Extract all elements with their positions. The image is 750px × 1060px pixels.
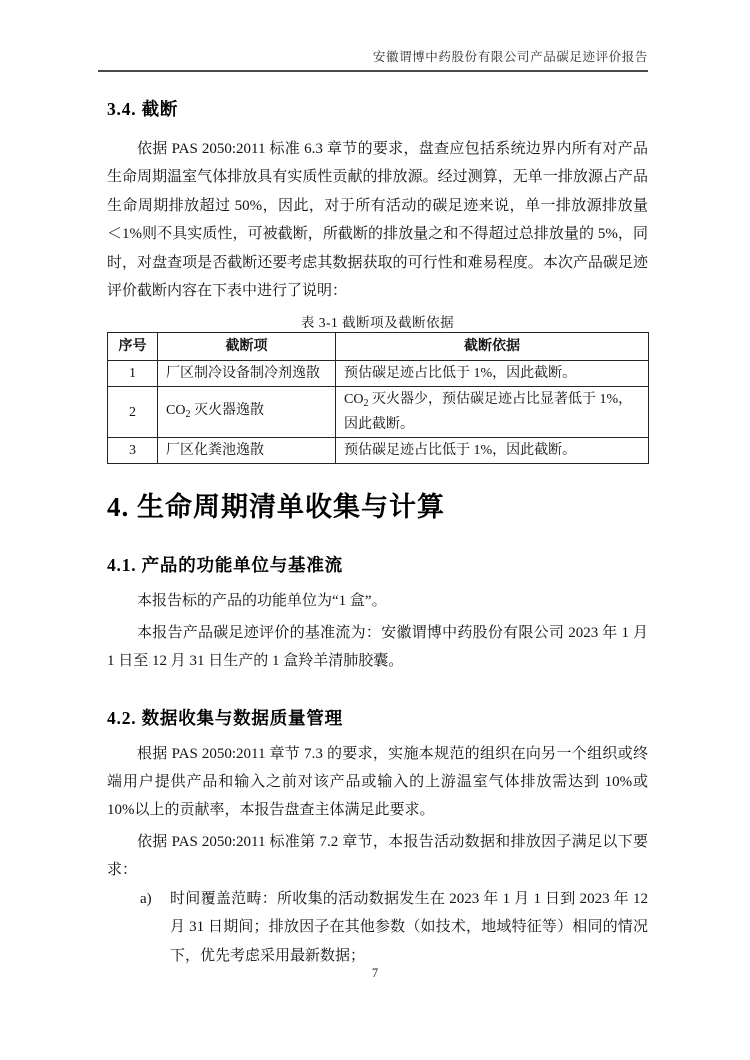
list-item-text: 时间覆盖范畴：所收集的活动数据发生在 2023 年 1 月 1 日到 2023 … [170,885,648,970]
page-content: 3.4. 截断 依据 PAS 2050:2011 标准 6.3 章节的要求，盘查… [107,86,648,970]
cell-basis: CO2 灭火器少，预估碳足迹占比显著低于 1%，因此截断。 [336,387,649,438]
paragraph-cutoff-intro: 依据 PAS 2050:2011 标准 6.3 章节的要求，盘查应包括系统边界内… [107,135,648,305]
list-item-a: a) 时间覆盖范畴：所收集的活动数据发生在 2023 年 1 月 1 日到 20… [140,885,648,970]
cell-item: 厂区化粪池逸散 [158,438,336,464]
page-header: 安徽谓博中药股份有限公司产品碳足迹评价报告 [98,47,648,72]
paragraph-reference-flow: 本报告产品碳足迹评价的基准流为：安徽谓博中药股份有限公司 2023 年 1 月 … [107,619,648,676]
table-row: 1 厂区制冷设备制冷剂逸散 预估碳足迹占比低于 1%，因此截断。 [108,361,649,387]
cutoff-table: 序号 截断项 截断依据 1 厂区制冷设备制冷剂逸散 预估碳足迹占比低于 1%，因… [107,332,649,464]
chem-formula: CO [166,403,185,418]
cell-item-text: 灭火器逸散 [190,403,264,418]
page-header-title: 安徽谓博中药股份有限公司产品碳足迹评价报告 [373,50,648,64]
paragraph-functional-unit: 本报告标的产品的功能单位为“1 盒”。 [107,587,648,615]
cell-item: 厂区制冷设备制冷剂逸散 [158,361,336,387]
page-footer: 7 [0,966,750,981]
table-header-basis: 截断依据 [336,333,649,361]
cell-basis-text: 灭火器少，预估碳足迹占比显著低于 1%，因此截断。 [344,392,632,432]
cell-item: CO2 灭火器逸散 [158,387,336,438]
table-header-no: 序号 [108,333,158,361]
report-page: 安徽谓博中药股份有限公司产品碳足迹评价报告 3.4. 截断 依据 PAS 205… [0,0,750,1060]
paragraph-data-collection: 根据 PAS 2050:2011 章节 7.3 的要求，实施本规范的组织在向另一… [107,740,648,825]
chapter-heading-4: 4. 生命周期清单收集与计算 [107,491,648,523]
section-heading-4-1: 4.1. 产品的功能单位与基准流 [107,552,648,577]
table-header-item: 截断项 [158,333,336,361]
list-marker: a) [140,885,170,970]
chem-formula: CO [344,392,363,407]
cell-no: 3 [108,438,158,464]
cell-basis: 预估碳足迹占比低于 1%，因此截断。 [336,361,649,387]
paragraph-requirements-intro: 依据 PAS 2050:2011 标准第 7.2 章节，本报告活动数据和排放因子… [107,828,648,885]
table-caption: 表 3-1 截断项及截断依据 [107,311,648,331]
table-row: 2 CO2 灭火器逸散 CO2 灭火器少，预估碳足迹占比显著低于 1%，因此截断… [108,387,649,438]
cell-no: 2 [108,387,158,438]
table-header-row: 序号 截断项 截断依据 [108,333,649,361]
cell-no: 1 [108,361,158,387]
table-row: 3 厂区化粪池逸散 预估碳足迹占比低于 1%，因此截断。 [108,438,649,464]
section-heading-3-4: 3.4. 截断 [107,96,648,121]
cell-basis: 预估碳足迹占比低于 1%，因此截断。 [336,438,649,464]
footer-page-number: 7 [372,966,378,980]
section-heading-4-2: 4.2. 数据收集与数据质量管理 [107,705,648,730]
